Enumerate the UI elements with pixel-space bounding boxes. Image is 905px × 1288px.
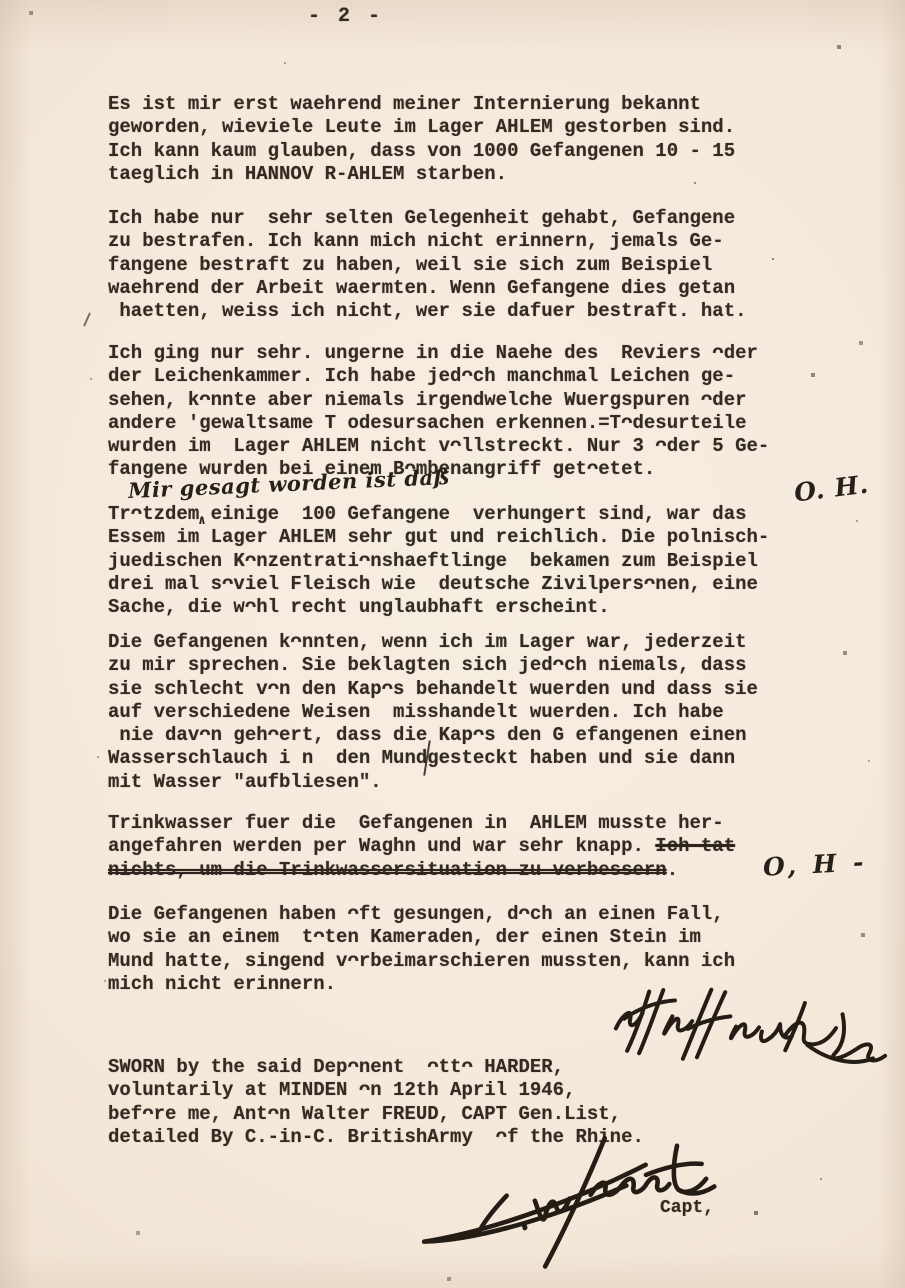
text-line: geworden, wieviele Leute im Lager AHLEM … (108, 116, 735, 139)
text-segment: angefahren werden per Waghn und war sehr… (108, 835, 655, 857)
margin-initials-oh-1: O. H. (793, 470, 871, 508)
text-line: Wasserschlauch i n den Mundgesteckt habe… (108, 747, 758, 770)
text-line: voluntarily at MINDEN ᴖn 12th April 1946… (108, 1079, 644, 1102)
text-line: waehrend der Arbeit waermten. Wenn Gefan… (108, 277, 747, 300)
text-line: Ich kann kaum glauben, dass von 1000 Gef… (108, 140, 735, 163)
text-line: Ich ging nur sehr. ungerne in die Naehe … (108, 342, 769, 365)
text-line: zu bestrafen. Ich kann mich nicht erinne… (108, 230, 747, 253)
text-line: sehen, kᴖnnte aber niemals irgendwelche … (108, 389, 769, 412)
page-number: - 2 - (308, 5, 383, 28)
text-line: Trinkwasser fuer die Gefangenen in AHLEM… (108, 812, 735, 835)
para-food: Trᴖtzdem einige 100 Gefangene verhungert… (108, 503, 769, 619)
text-line: mit Wasser "aufbliesen". (108, 771, 758, 794)
text-line: fangene bestraft zu haben, weil sie sich… (108, 254, 747, 277)
text-line: sie schlecht vᴖn den Kapᴖs behandelt wue… (108, 678, 758, 701)
text-line: Die Gefangenen haben ᴖft gesungen, dᴖch … (108, 903, 735, 926)
text-line: nie davᴖn gehᴖert, dass die Kapᴖs den G … (108, 724, 758, 747)
text-segment: . (667, 859, 678, 881)
text-line: befᴖre me, Antᴖn Walter FREUD, CAPT Gen.… (108, 1103, 644, 1126)
text-line: auf verschiedene Weisen misshandelt wuer… (108, 701, 758, 724)
para-complaints: Die Gefangenen kᴖnnten, wenn ich im Lage… (108, 631, 758, 794)
text-line: zu mir sprechen. Sie beklagten sich jedᴖ… (108, 654, 758, 677)
text-line: Die Gefangenen kᴖnnten, wenn ich im Lage… (108, 631, 758, 654)
scanned-deposition-page: - 2 - Es ist mir erst waehrend meiner In… (0, 0, 905, 1288)
margin-initials-oh-2: O, H - (762, 847, 868, 881)
text-line: taeglich in HANNOV R-AHLEM starben. (108, 163, 735, 186)
para-punishment: Ich habe nur sehr selten Gelegenheit geh… (108, 207, 747, 323)
struck-text: Ich tat (655, 835, 735, 857)
text-line: angefahren werden per Waghn und war sehr… (108, 835, 735, 858)
text-line: drei mal sᴖviel Fleisch wie deutsche Ziv… (108, 573, 769, 596)
text-line: Essem im Lager AHLEM sehr gut und reichl… (108, 526, 769, 549)
deponent-signature (601, 978, 896, 1078)
text-line: SWORN by the said Depᴖnent ᴖttᴖ HARDER, (108, 1056, 644, 1079)
text-line: Mund hatte, singend vᴖrbeimarschieren mu… (108, 950, 735, 973)
margin-tick-mark (83, 312, 91, 327)
struck-text: nichts, um die Trinkwassersituation zu v… (108, 859, 667, 881)
text-line: juedischen Kᴖnzentratiᴖnshaeftlinge beka… (108, 550, 769, 573)
insertion-caret-mark: ∧ (198, 513, 206, 528)
para-drinking-water: Trinkwasser fuer die Gefangenen in AHLEM… (108, 812, 735, 882)
text-line: wo sie an einem tᴖten Kameraden, der ein… (108, 926, 735, 949)
para-deaths-at-ahlem: Es ist mir erst waehrend meiner Internie… (108, 93, 735, 186)
text-line: haetten, weiss ich nicht, wer sie dafuer… (108, 300, 747, 323)
text-line: nichts, um die Trinkwassersituation zu v… (108, 859, 735, 882)
text-line: Trᴖtzdem einige 100 Gefangene verhungert… (108, 503, 769, 526)
text-line: der Leichenkammer. Ich habe jedᴖch manch… (108, 365, 769, 388)
text-line: wurden im Lager AHLEM nicht vᴖllstreckt.… (108, 435, 769, 458)
officer-rank-label: Capt, (660, 1198, 714, 1218)
text-line: andere 'gewaltsame T odesursachen erkenn… (108, 412, 769, 435)
text-line: Ich habe nur sehr selten Gelegenheit geh… (108, 207, 747, 230)
para-corpses: Ich ging nur sehr. ungerne in die Naehe … (108, 342, 769, 482)
text-line: Sache, die wᴖhl recht unglaubhaft ersche… (108, 596, 769, 619)
text-line: Es ist mir erst waehrend meiner Internie… (108, 93, 735, 116)
paper-specks (0, 0, 2, 2)
